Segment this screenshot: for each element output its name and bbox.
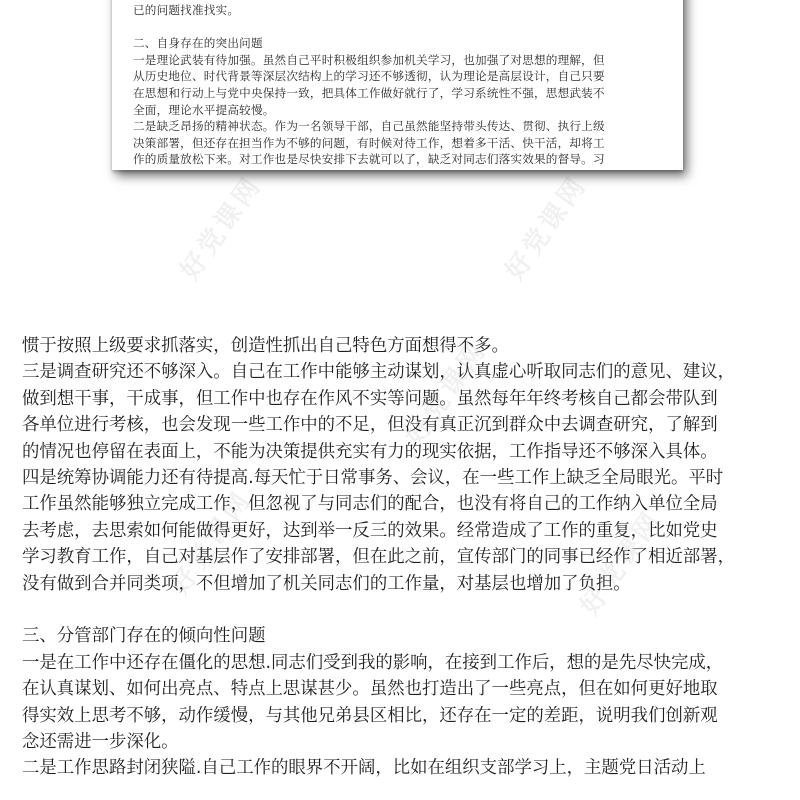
preview-heading: 二、自身存在的突出问题 [133,35,663,52]
body-line: 一是在工作中还存在僵化的思想.同志们受到我的影响，在接到工作后，想的是先尽快完成… [22,650,782,676]
paragraph-gap [22,597,782,623]
preview-line: 一是理论武装有待加强。虽然自己平时积极组织参加机关学习，也加强了对思想的理解，但 [133,52,663,69]
document-body: 惯于按照上级要求抓落实，创造性抓出自己特色方面想得不多。 三是调查研究还不够深入… [22,333,782,782]
preview-text: 已的问题找准找实。 二、自身存在的突出问题 一是理论武装有待加强。虽然自己平时积… [133,2,663,168]
body-line: 三是调查研究还不够深入。自己在工作中能够主动谋划，认真虚心听取同志们的意见、建议… [22,359,782,385]
body-line: 工作虽然能够独立完成工作，但忽视了与同志们的配合，也没有将自己的工作纳入单位全局 [22,491,782,517]
body-line: 二是工作思路封闭狭隘.自己工作的眼界不开阔，比如在组织支部学习上，主题党日活动上 [22,755,782,781]
body-line: 在认真谋划、如何出亮点、特点上思谋甚少。虽然也打造出了一些亮点，但在如何更好地取 [22,676,782,702]
preview-line: 决策部署，但还存在担当作为不够的问题，有时候对待工作，想着多干活、快干活，却将工 [133,135,663,152]
paragraph-gap [133,19,663,36]
body-line: 四是统筹协调能力还有待提高.每天忙于日常事务、会议，在一些工作上缺乏全局眼光。平… [22,465,782,491]
watermark: 好党课网 [495,167,594,287]
body-line: 惯于按照上级要求抓落实，创造性抓出自己特色方面想得不多。 [22,333,782,359]
section-heading: 三、分管部门存在的倾向性问题 [22,623,782,649]
body-line: 学习教育工作，自己对基层作了安排部署，但在此之前，宣传部门的同事已经作了相近部署… [22,544,782,570]
body-line: 去考虑，去思索如何能做得更好，达到举一反三的效果。经常造成了工作的重复，比如党史 [22,518,782,544]
body-line: 做到想干事，干成事，但工作中也存在作风不实等问题。虽然每年年终考核自己都会带队到 [22,386,782,412]
body-line: 的情况也停留在表面上，不能为决策提供充实有力的现实依据，工作指导还不够深入具体。 [22,439,782,465]
preview-line: 二是缺乏昂扬的精神状态。作为一名领导干部，自己虽然能坚持带头传达、贯彻、执行上级 [133,118,663,135]
page-preview-card: 已的问题找准找实。 二、自身存在的突出问题 一是理论武装有待加强。虽然自己平时积… [112,0,683,170]
body-line: 得实效上思考不够，动作缓慢，与其他兄弟县区相比，还存在一定的差距，说明我们创新观 [22,703,782,729]
body-line: 没有做到合并同类项，不但增加了机关同志们的工作量，对基层也增加了负担。 [22,571,782,597]
preview-line: 作的质量放松下来。对工作也是尽快安排下去就可以了，缺乏对同志们落实效果的督导。习 [133,151,663,168]
preview-line: 已的问题找准找实。 [133,2,663,19]
preview-line: 全面，理论水平提高较慢。 [133,102,663,119]
preview-line: 从历史地位、时代背景等深层次结构上的学习还不够透彻，认为理论是高层设计，自己只要 [133,68,663,85]
body-line: 念还需进一步深化。 [22,729,782,755]
body-line: 各单位进行考核，也会发现一些工作中的不足，但没有真正沉到群众中去调查研究，了解到 [22,412,782,438]
watermark: 好党课网 [170,167,269,287]
preview-line: 在思想和行动上与党中央保持一致，把具体工作做好就行了，学习系统性不强，思想武装不 [133,85,663,102]
